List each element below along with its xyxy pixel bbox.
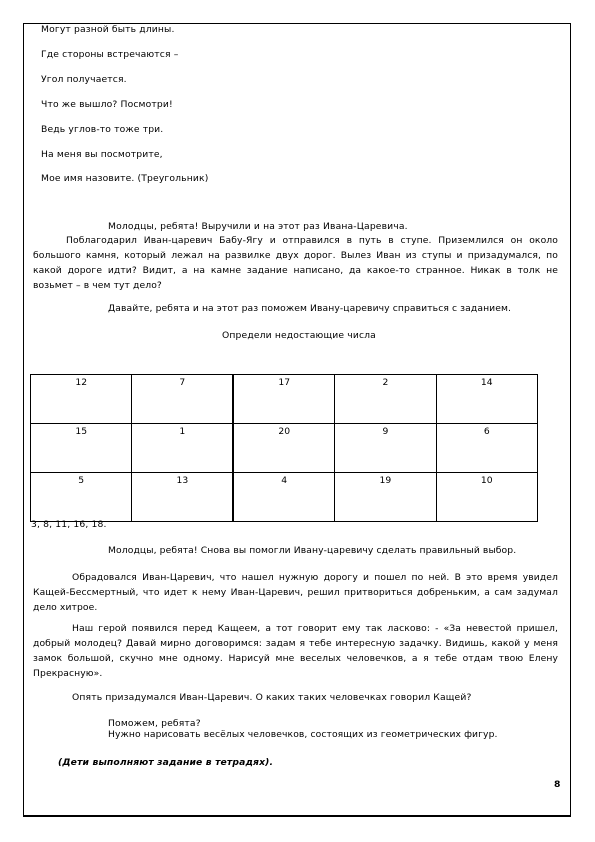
grid-cell: 12 xyxy=(31,375,132,424)
activity-note: (Дети выполняют задание в тетрадях). xyxy=(58,757,273,769)
paragraph-task-drawing: Нужно нарисовать весёлых человечков, сос… xyxy=(72,727,522,742)
grid-cell: 17 xyxy=(233,375,334,424)
riddle-line: Могут разной быть длины. xyxy=(41,24,175,36)
grid-row: 12717214 xyxy=(31,375,538,424)
paragraph-story: Поблагодарил Иван-царевич Бабу-Ягу и отп… xyxy=(33,233,558,293)
grid-cell: 19 xyxy=(335,473,436,522)
task-title: Определи недостающие числа xyxy=(222,330,376,342)
grid-cell: 2 xyxy=(335,375,436,424)
paragraph-question: Опять призадумался Иван-Царевич. О каких… xyxy=(72,692,472,704)
grid-cell: 7 xyxy=(132,375,233,424)
riddle-line: Угол получается. xyxy=(41,74,127,86)
riddle-line: Что же вышло? Посмотри! xyxy=(41,99,173,111)
riddle-line: На меня вы посмотрите, xyxy=(41,149,163,161)
paragraph-praise: Молодцы, ребята! Снова вы помогли Ивану-… xyxy=(72,543,558,558)
grid-cell: 6 xyxy=(436,424,537,473)
paragraph-intro: Молодцы, ребята! Выручили и на этот раз … xyxy=(108,221,408,233)
grid-row: 51341910 xyxy=(31,473,538,522)
grid-cell: 15 xyxy=(31,424,132,473)
grid-cell: 4 xyxy=(233,473,334,522)
grid-row: 1512096 xyxy=(31,424,538,473)
grid-cell: 5 xyxy=(31,473,132,522)
riddle-line: Где стороны встречаются – xyxy=(41,49,178,61)
grid-cell: 20 xyxy=(233,424,334,473)
grid-cell: 1 xyxy=(132,424,233,473)
number-grid: 12717214151209651341910 xyxy=(30,374,538,522)
grid-cell: 9 xyxy=(335,424,436,473)
grid-cell: 13 xyxy=(132,473,233,522)
paragraph-koschei: Обрадовался Иван-Царевич, что нашел нужн… xyxy=(33,570,558,615)
answer-numbers: 3, 8, 11, 16, 18. xyxy=(31,519,107,531)
grid-cell: 10 xyxy=(436,473,537,522)
paragraph-dialogue: Наш герой появился перед Кащеем, а тот г… xyxy=(33,621,558,681)
page-number: 8 xyxy=(554,779,561,791)
paragraph-help: Давайте, ребята и на этот раз поможем Ив… xyxy=(72,301,558,316)
riddle-line: Ведь углов-то тоже три. xyxy=(41,124,163,136)
riddle-line: Мое имя назовите. (Треугольник) xyxy=(41,173,208,185)
grid-cell: 14 xyxy=(436,375,537,424)
